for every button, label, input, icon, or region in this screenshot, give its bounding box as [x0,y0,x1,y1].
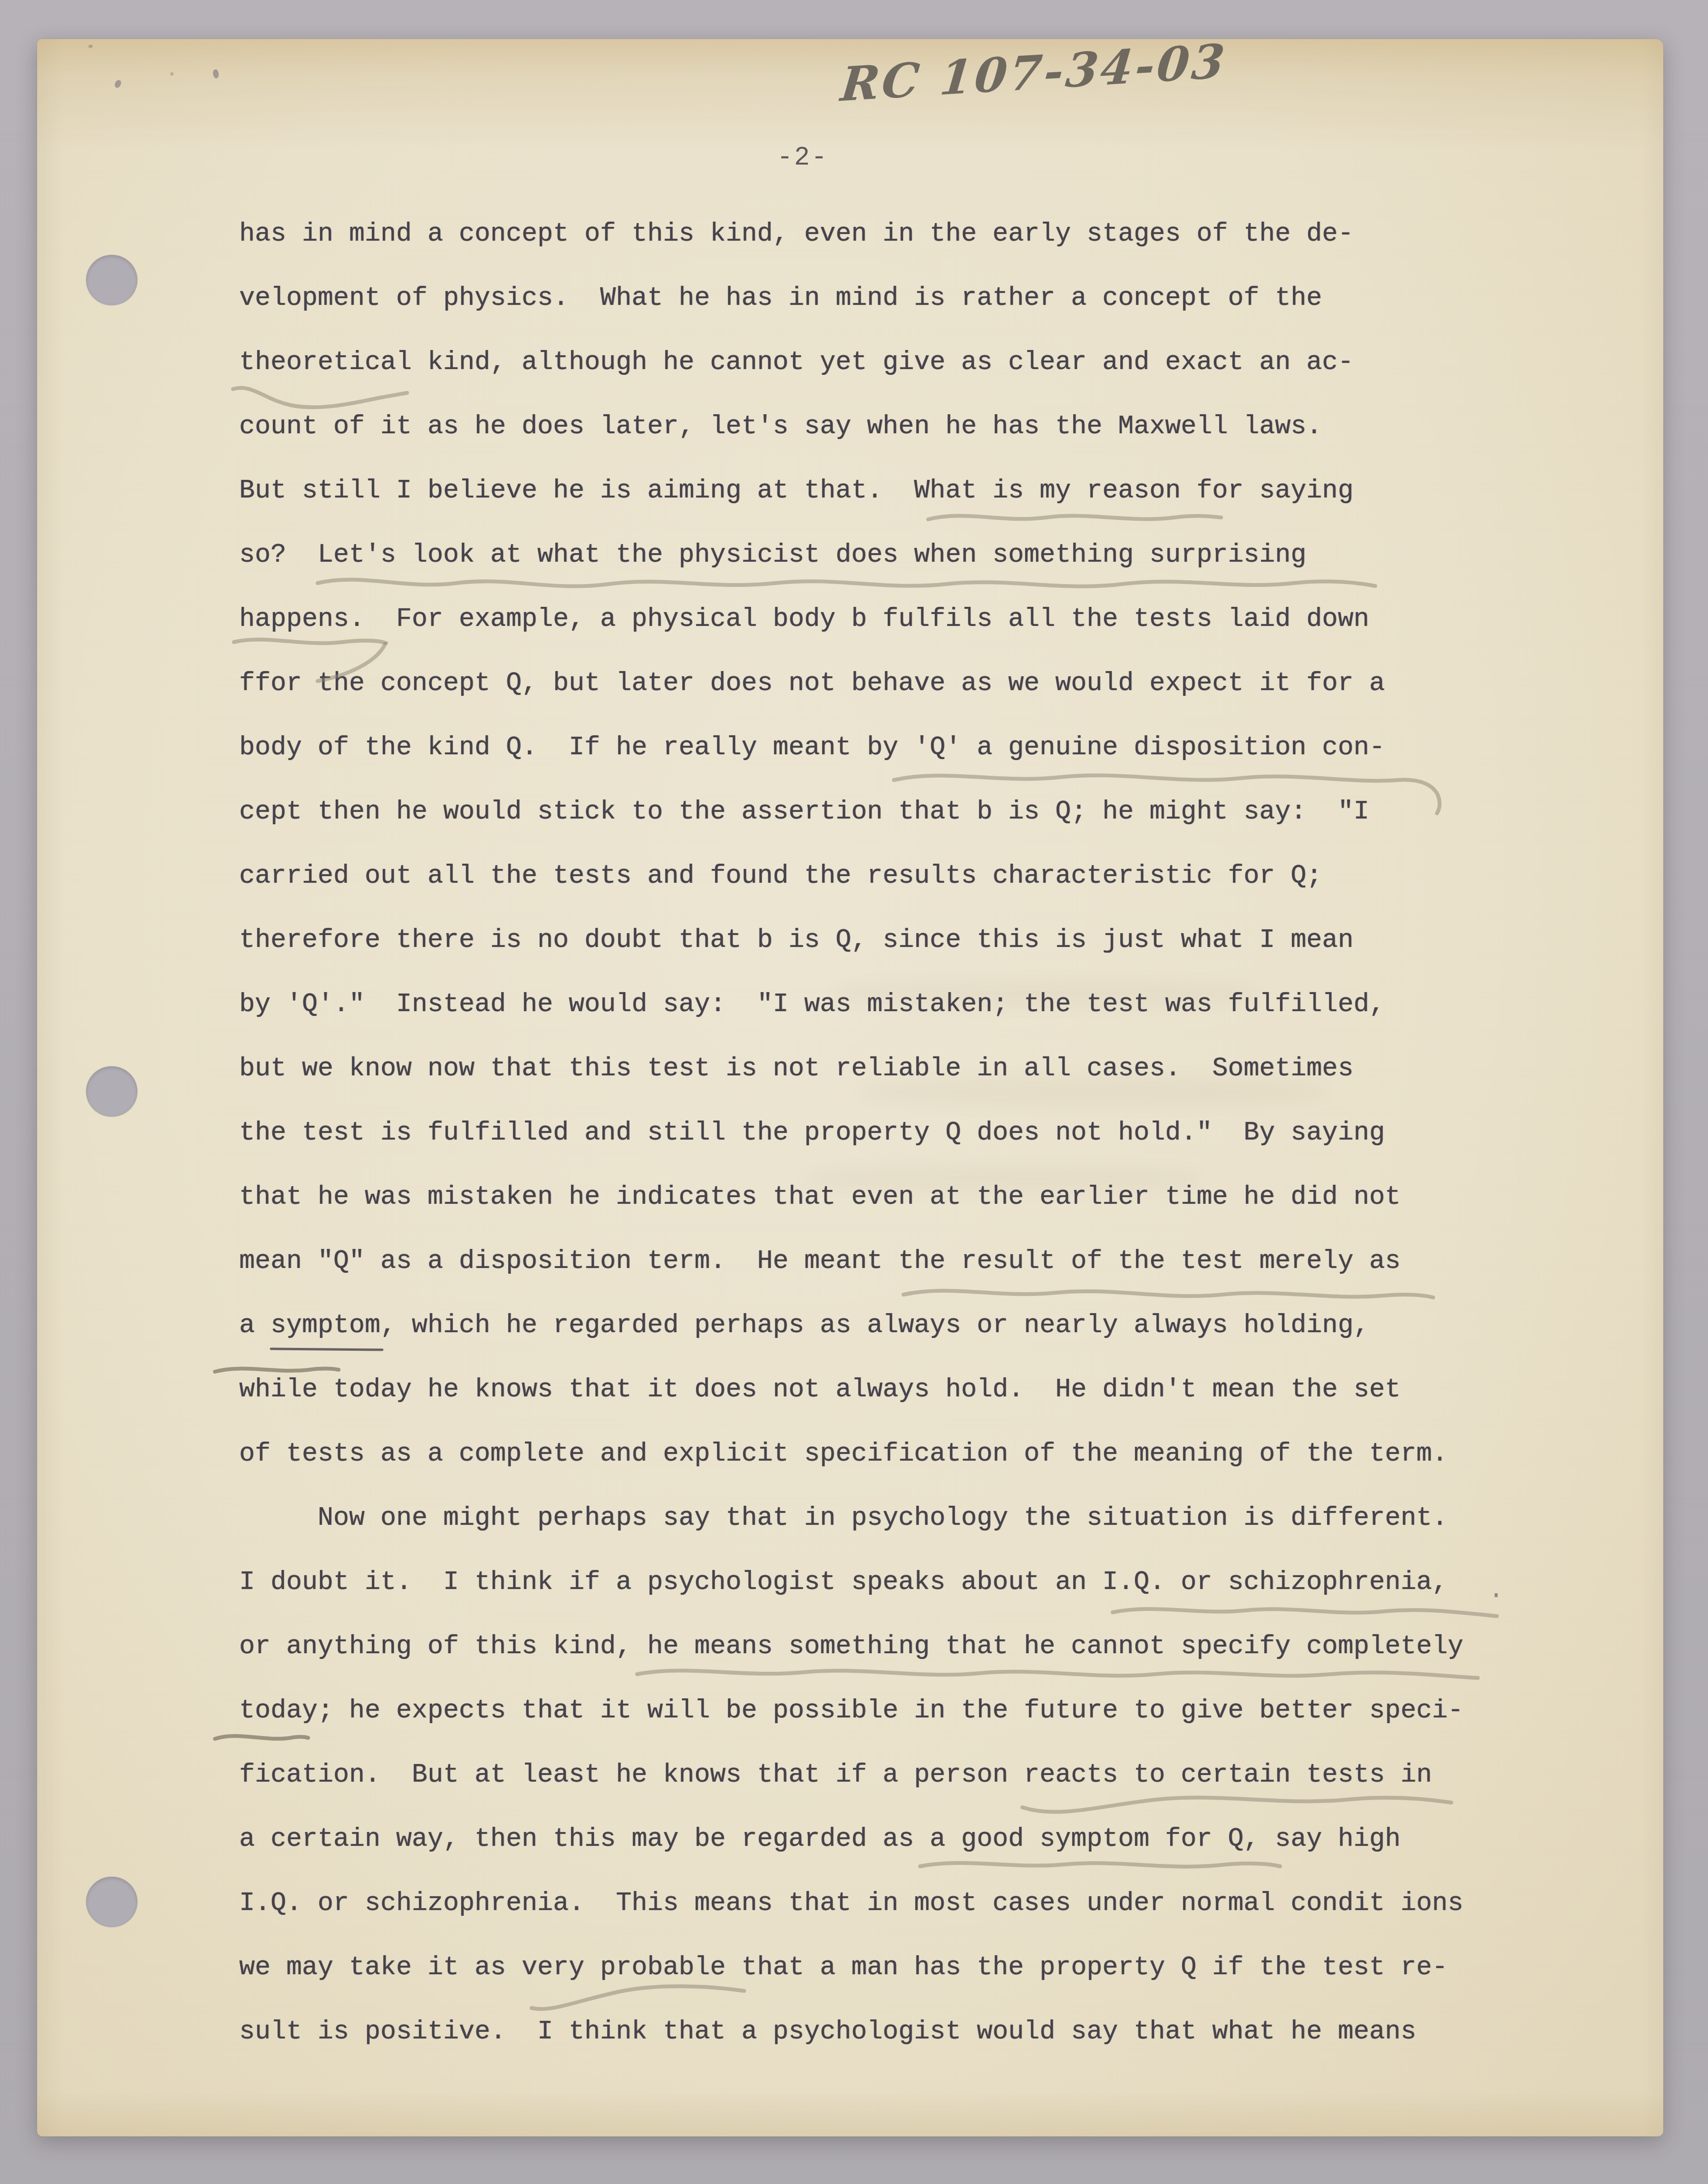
typescript-line: a certain way, then this may be regarded… [239,1807,1463,1871]
punch-hole-middle [86,1066,137,1117]
typescript-line: But still I believe he is aiming at that… [239,458,1463,523]
typescript-line: sult is positive. I think that a psychol… [239,1999,1463,2064]
typescript-line: count of it as he does later, let's say … [239,394,1463,458]
typescript-line: fication. But at least he knows that if … [239,1743,1463,1807]
typescript-line: ffor the concept Q, but later does not b… [239,651,1463,715]
typescript-line: therefore there is no doubt that b is Q,… [239,908,1463,972]
typescript-line: a symptom, which he regarded perhaps as … [239,1293,1463,1357]
typescript-line: today; he expects that it will be possib… [239,1678,1463,1743]
page-number: -2- [777,143,828,173]
typescript-line: while today he knows that it does not al… [239,1357,1463,1422]
typescript-line: so? Let's look at what the physicist doe… [239,523,1463,587]
typescript-line: cept then he would stick to the assertio… [239,780,1463,844]
typescript-line: we may take it as very probable that a m… [239,1935,1463,1999]
typescript-line: mean "Q" as a disposition term. He meant… [239,1229,1463,1293]
typescript-line: or anything of this kind, he means somet… [239,1614,1463,1678]
typescript-line: theoretical kind, although he cannot yet… [239,330,1463,394]
typescript-line: carried out all the tests and found the … [239,844,1463,908]
typescript-line: happens. For example, a physical body b … [239,587,1463,651]
typescript-line: I.Q. or schizophrenia. This means that i… [239,1871,1463,1935]
stray-ink-dot: . [1488,1577,1504,1603]
scanned-typewritten-page-background: { "page": { "archival_annotation": "RC 1… [0,0,1708,2184]
typescript-line: velopment of physics. What he has in min… [239,266,1463,330]
typescript-line: of tests as a complete and explicit spec… [239,1422,1463,1486]
punch-hole-top [86,255,137,305]
typescript-line: that he was mistaken he indicates that e… [239,1165,1463,1229]
punch-hole-bottom [86,1877,137,1927]
typescript-line: Now one might perhaps say that in psycho… [239,1486,1463,1550]
typescript-line: body of the kind Q. If he really meant b… [239,715,1463,780]
typescript-line: by 'Q'." Instead he would say: "I was mi… [239,972,1463,1036]
typescript-line: but we know now that this test is not re… [239,1036,1463,1101]
typescript-body: has in mind a concept of this kind, even… [239,202,1463,2064]
typescript-line: the test is fulfilled and still the prop… [239,1101,1463,1165]
typescript-line: has in mind a concept of this kind, even… [239,202,1463,266]
typescript-line: I doubt it. I think if a psychologist sp… [239,1550,1463,1614]
